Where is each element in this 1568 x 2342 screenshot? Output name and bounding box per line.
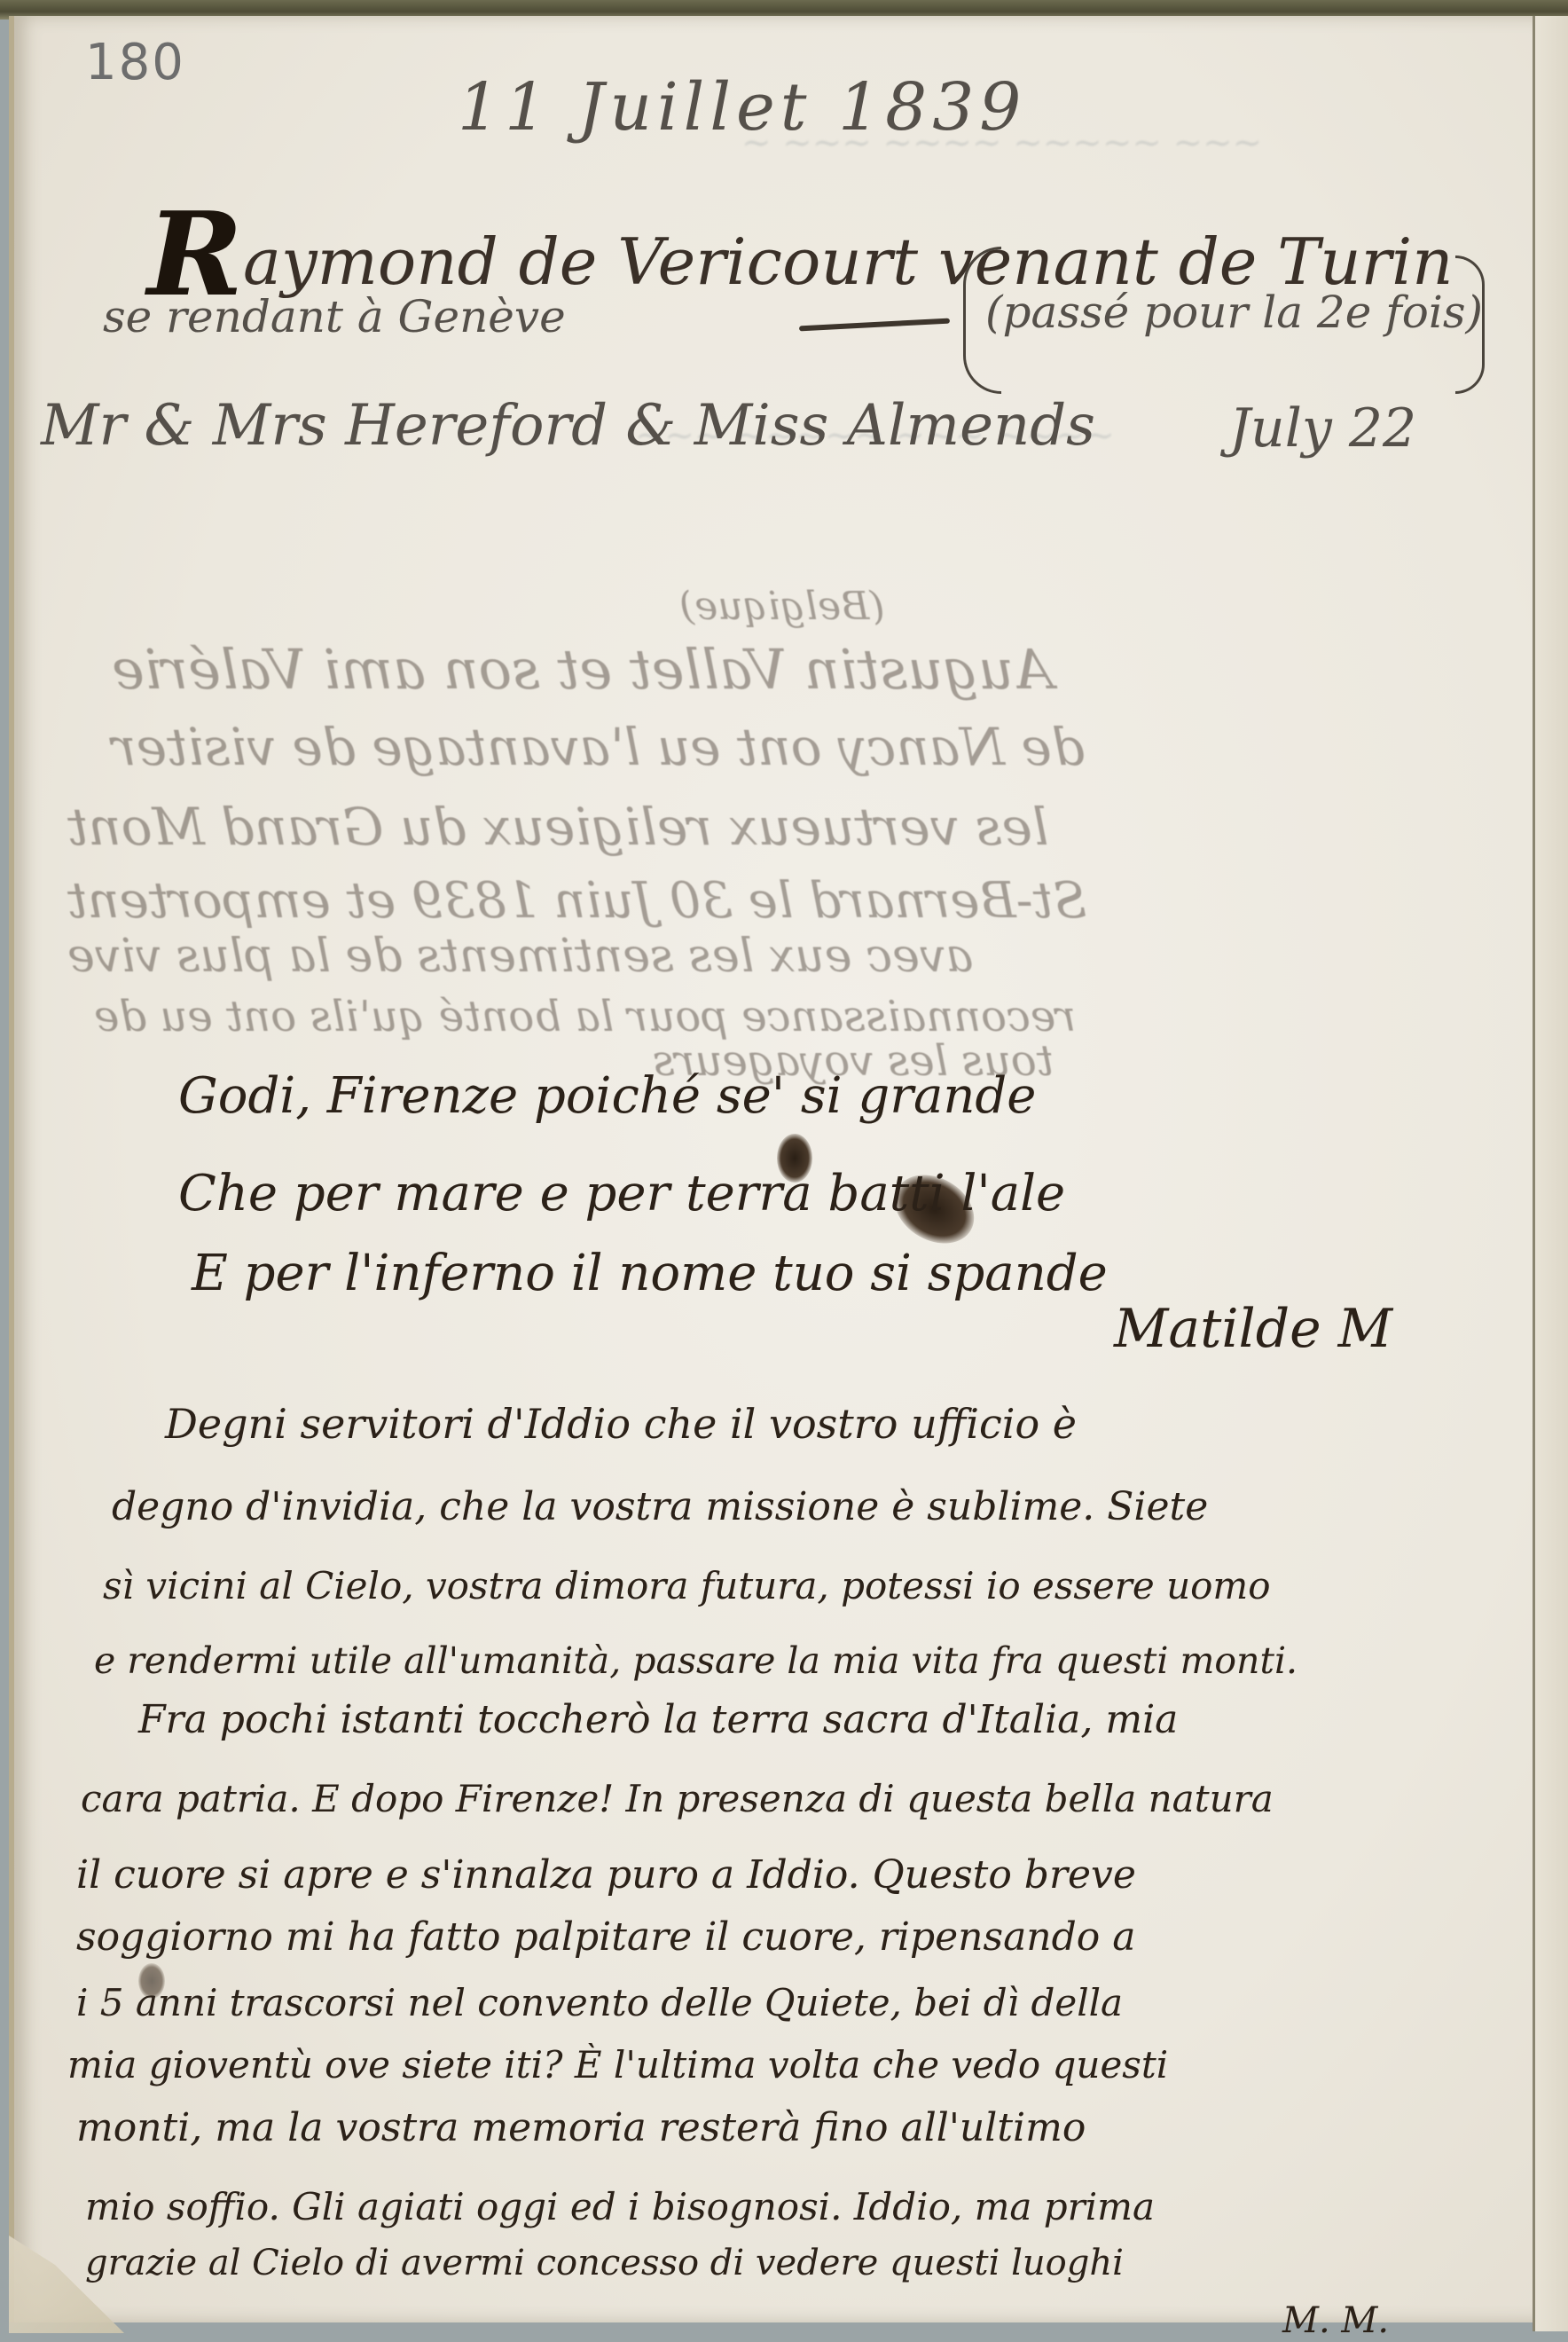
entry-passage-note: (passé pour la 2e fois)	[985, 287, 1483, 338]
letter-line: Degni servitori d'Iddio che il vostro uf…	[165, 1400, 1077, 1448]
folio-number: 180	[85, 34, 185, 91]
letter-line: mia gioventù ove siete iti? È l'ultima v…	[67, 2043, 1168, 2087]
letter-line: degno d'invidia, che la vostra missione …	[112, 1484, 1208, 1529]
bracket-right	[1455, 255, 1485, 394]
letter-line: sì vicini al Cielo, vostra dimora futura…	[103, 1564, 1271, 1607]
offset-line: reconnaissance pour la bonté qu'ils ont …	[94, 992, 1076, 1041]
letter-signature: M. M.	[1282, 2300, 1389, 2341]
letter-line: mio soffio. Gli agiati oggi ed i bisogno…	[85, 2185, 1155, 2228]
offset-line: (Belgique)	[679, 584, 885, 629]
letter-line: soggiorno mi ha fatto palpitare il cuore…	[76, 1914, 1136, 1960]
entry-visitors-date: July 22	[1229, 397, 1416, 460]
letter-line: e rendermi utile all'umanità, passare la…	[94, 1639, 1298, 1682]
poem-signature: Matilde M	[1114, 1298, 1392, 1360]
letter-line: cara patria. E dopo Firenze! In presenza…	[81, 1777, 1274, 1820]
offset-line: St-Bernard le 30 Juin 1839 et emportent	[67, 872, 1086, 930]
entry-date-heading: 11 Juillet 1839	[458, 69, 1026, 145]
letter-line: monti, ma la vostra memoria resterà fino…	[76, 2105, 1086, 2150]
letter-line: grazie al Cielo di avermi concesso di ve…	[85, 2243, 1124, 2283]
poem-line: E per l'inferno il nome tuo si spande	[192, 1245, 1108, 1302]
letter-line: Fra pochi istanti toccherò la terra sacr…	[138, 1697, 1178, 1742]
manuscript-page: ~ ~~~ ~~~~ ~~~~~ ~~~ ~~~ ~~~~~ ~~~ ~~~~ …	[9, 16, 1538, 2322]
letter-line: il cuore si apre e s'innalza puro a Iddi…	[76, 1852, 1136, 1898]
entry-visitors-names: Mr & Mrs Hereford & Miss Almends	[41, 393, 1095, 459]
entry-destination-line: se rendant à Genève	[103, 291, 566, 342]
adjacent-page-edge	[1533, 16, 1568, 2331]
poem-line: Che per mare e per terra batti l'ale	[178, 1165, 1065, 1222]
offset-line: avec eux les sentiments de la plus vive	[67, 930, 973, 983]
connector-dash	[799, 318, 950, 332]
poem-line: Godi, Firenze poiché se' si grande	[178, 1067, 1036, 1125]
letter-line: i 5 anni trascorsi nel convento delle Qu…	[76, 1981, 1123, 2024]
offset-line: de Nancy ont eu l'avantage de visiter	[112, 717, 1085, 777]
offset-line: Augustin Vallet et son ami Valérie	[112, 637, 1054, 702]
offset-line: les vertueux religieux du Grand Mont	[67, 797, 1048, 857]
